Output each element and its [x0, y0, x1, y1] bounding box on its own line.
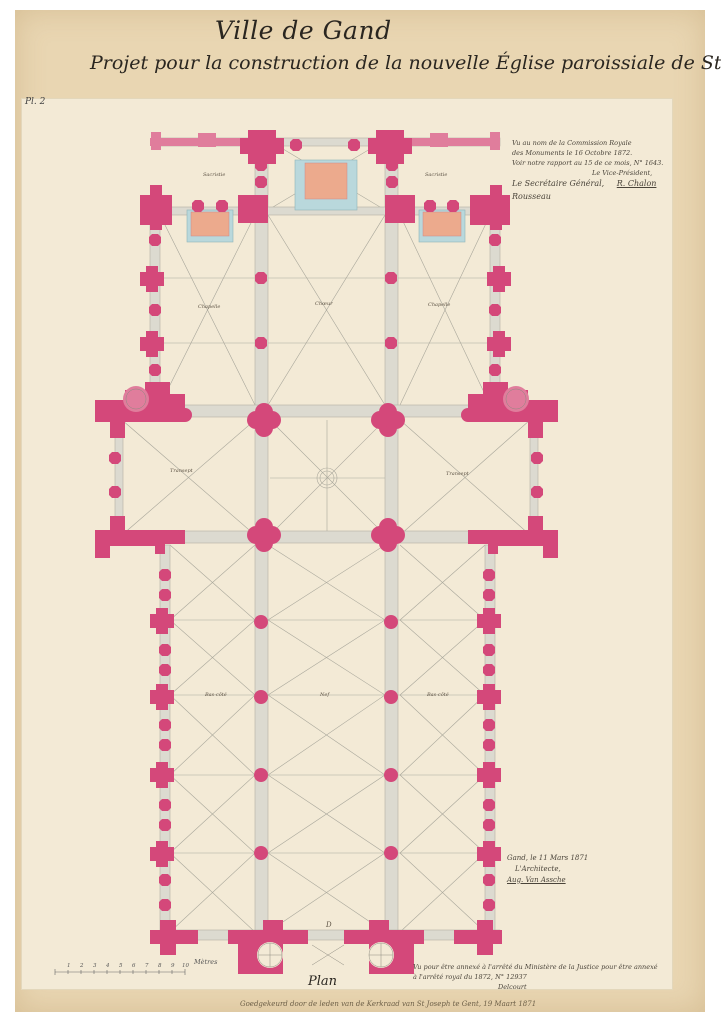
secretary-label: Le Secrétaire Général, — [512, 179, 604, 188]
altars — [187, 160, 465, 242]
architect-date: Gand, le 11 Mars 1871 — [507, 853, 588, 864]
ministry-note: Vu pour être annexé à l'arrêté du Minist… — [413, 962, 658, 992]
ministry-signature: Delcourt — [413, 982, 658, 992]
president-signature: R. Chalon — [607, 179, 657, 188]
approval-line: Voir notre rapport au 15 de ce mois, N° … — [512, 158, 663, 168]
svg-text:4: 4 — [105, 963, 110, 969]
vice-president-label: Le Vice-Président, — [512, 168, 663, 178]
scale-bar — [55, 969, 185, 975]
room-label-transept-left: Transept — [170, 468, 194, 474]
svg-text:2: 2 — [79, 963, 84, 969]
svg-text:10: 10 — [182, 963, 189, 969]
walls-and-piers — [95, 130, 558, 974]
room-label-choir: Chœur — [315, 301, 333, 307]
room-label-nave: Nef — [319, 692, 330, 698]
approval-line: Vu au nom de la Commission Royale — [512, 138, 663, 148]
svg-text:9: 9 — [171, 963, 175, 969]
svg-text:1: 1 — [67, 963, 71, 969]
approval-line: des Monuments le 16 Octobre 1872. — [512, 148, 663, 158]
svg-text:7: 7 — [145, 963, 149, 969]
plan-caption: Plan — [308, 974, 337, 989]
secretary-signature: Rousseau — [512, 191, 663, 203]
architect-signature: Aug. Van Assche — [507, 875, 588, 886]
room-label-sacristy-left: Sacristie — [203, 172, 225, 178]
architect-role: L'Architecte, — [507, 864, 588, 875]
ministry-line-2: à l'arrêté royal du 1872, N° 12937 — [413, 972, 658, 982]
svg-text:3: 3 — [93, 963, 97, 969]
scale-ticks: 1 2 3 4 5 6 7 8 9 10 — [67, 963, 189, 969]
scale-unit: Mètres — [194, 958, 217, 966]
room-label-aisle-right: Bas-côté — [426, 691, 449, 698]
room-label-sacristy-right: Sacristie — [425, 172, 447, 178]
footer-approval-note: Goedgekeurd door de leden van de Kerkraa… — [240, 1000, 536, 1008]
svg-text:6: 6 — [132, 963, 136, 969]
room-label-chapel-right: Chapelle — [428, 302, 450, 308]
room-label-aisle-left: Bas-côté — [204, 691, 227, 698]
architect-note: Gand, le 11 Mars 1871 L'Architecte, Aug.… — [507, 853, 588, 886]
svg-text:8: 8 — [158, 963, 162, 969]
room-label-transept-right: Transept — [446, 471, 470, 477]
entrance-mark: D — [325, 921, 332, 929]
ministry-line-1: Vu pour être annexé à l'arrêté du Minist… — [413, 962, 658, 972]
room-label-chapel-left: Chapelle — [198, 304, 220, 310]
svg-text:5: 5 — [119, 963, 123, 969]
approval-note: Vu au nom de la Commission Royale des Mo… — [512, 138, 663, 203]
